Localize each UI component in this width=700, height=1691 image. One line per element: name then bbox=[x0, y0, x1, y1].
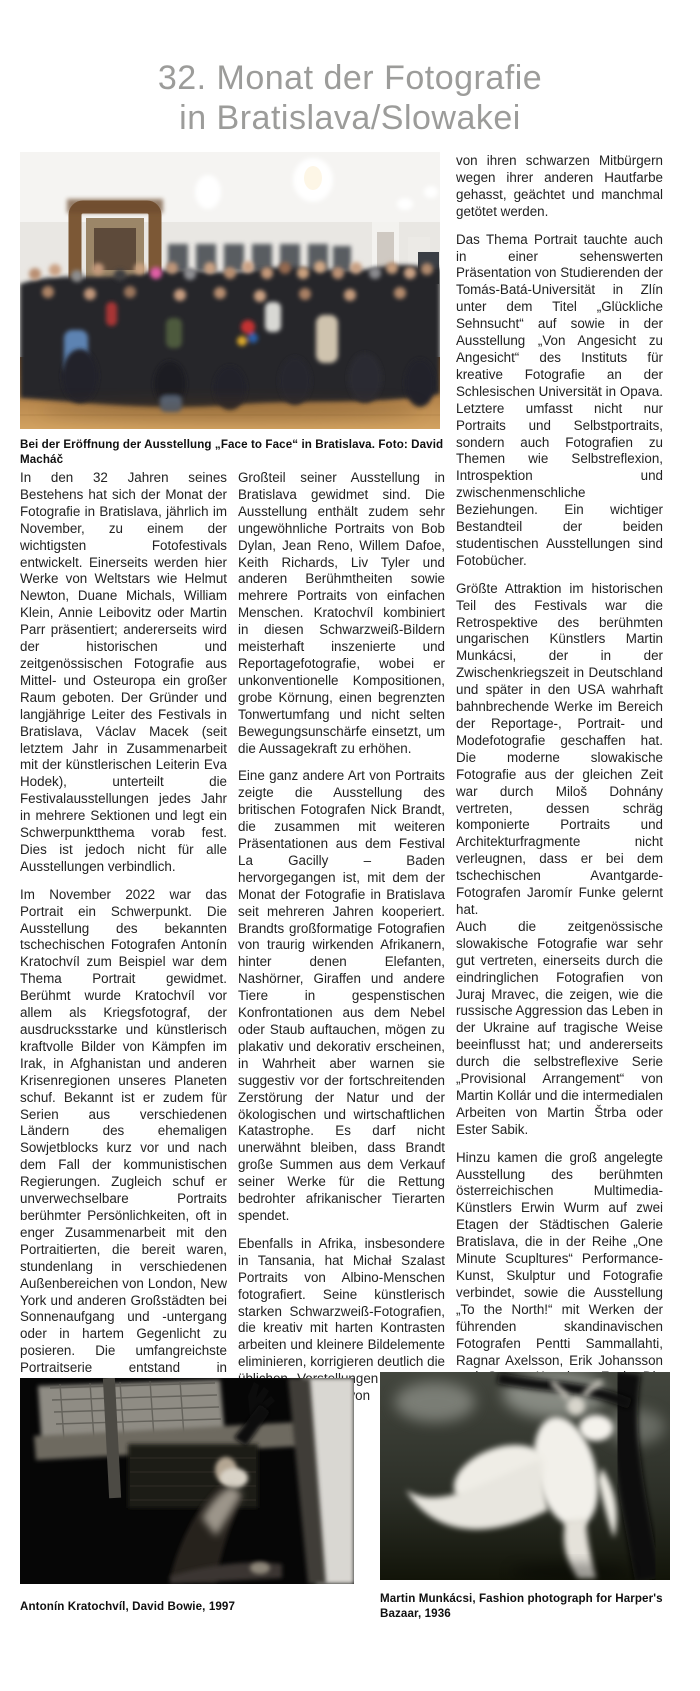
bowie-photo-caption: Antonín Kratochvíl, David Bowie, 1997 bbox=[20, 1600, 350, 1615]
col2-paragraph-1: Großteil seiner Ausstellung in Bratislav… bbox=[238, 470, 445, 757]
article-column-3: von ihren schwarzen Mitbürgern wegen ihr… bbox=[456, 153, 663, 1538]
article-column-2: Großteil seiner Ausstellung in Bratislav… bbox=[238, 470, 445, 1433]
exhibition-photo bbox=[20, 152, 440, 429]
article-column-1: In den 32 Jahren seines Bestehens hat si… bbox=[20, 470, 227, 1439]
page-title: 32. Monat der Fotografie in Bratislava/S… bbox=[0, 58, 700, 138]
col2-paragraph-2: Eine ganz andere Art von Portraits zeigt… bbox=[238, 768, 445, 1224]
munkacsi-photo-caption: Martin Munkácsi, Fashion photograph for … bbox=[380, 1592, 672, 1621]
page-title-line-2: in Bratislava/Slowakei bbox=[0, 98, 700, 138]
col3-paragraph-4: Auch die zeitgenössische slowakische Fot… bbox=[456, 919, 663, 1139]
exhibition-photo-figure bbox=[20, 152, 440, 429]
munkacsi-photo bbox=[380, 1372, 670, 1580]
col3-paragraph-2: Das Thema Portrait tauchte auch in einer… bbox=[456, 232, 663, 570]
page-title-line-1: 32. Monat der Fotografie bbox=[0, 58, 700, 98]
munkacsi-photo-figure bbox=[380, 1372, 670, 1580]
col3-paragraph-3: Größte Attraktion im historischen Teil d… bbox=[456, 581, 663, 919]
bowie-photo bbox=[20, 1378, 354, 1584]
bowie-photo-figure bbox=[20, 1378, 354, 1584]
col1-paragraph-1: In den 32 Jahren seines Bestehens hat si… bbox=[20, 470, 227, 876]
exhibition-photo-caption: Bei der Eröffnung der Ausstellung „Face … bbox=[20, 438, 455, 467]
col1-paragraph-2: Im November 2022 war das Portrait ein Sc… bbox=[20, 887, 227, 1428]
col3-paragraph-1: von ihren schwarzen Mitbürgern wegen ihr… bbox=[456, 153, 663, 221]
